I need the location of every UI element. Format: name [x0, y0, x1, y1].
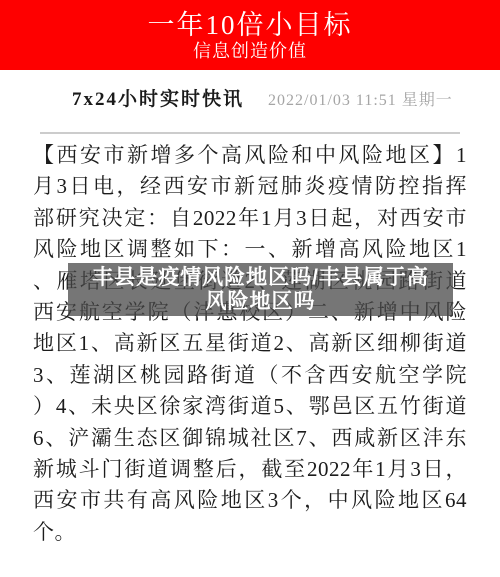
- site-title: 一年10倍小目标: [148, 10, 353, 40]
- article-line: 【西安市新增多个高风险和中风险地区】1: [33, 140, 467, 171]
- masthead-banner: 一年10倍小目标 信息创造价值: [0, 0, 500, 70]
- article-line: ）4、未央区徐家湾街道5、鄂邑区五竹街道: [33, 391, 467, 422]
- article-line: 6、浐灞生态区御锦城社区7、西咸新区沣东: [33, 423, 467, 454]
- overlay-title-line: 风险地区吗: [206, 290, 316, 314]
- site-slogan: 信息创造价值: [193, 40, 307, 62]
- feed-header: 7x24小时实时快讯 2022/01/03 11:51 星期一: [0, 84, 500, 116]
- article-line: 地区1、高新区五星街道2、高新区细柳街道: [33, 328, 467, 359]
- feed-section-title: 7x24小时实时快讯: [72, 84, 244, 111]
- article-line: 3、莲湖区桃园路街道（不含西安航空学院: [33, 360, 467, 391]
- article-line: 个。: [33, 517, 467, 548]
- article-line: 风险地区调整如下：一、新增高风险地区1: [33, 234, 467, 265]
- article-line: 西安市共有高风险地区3个，中风险地区64: [33, 485, 467, 516]
- article-line: 新城斗门街道调整后，截至2022年1月3日，: [33, 454, 467, 485]
- watermark-title-overlay: 丰县是疫情风险地区吗/丰县属于高 风险地区吗: [68, 263, 453, 316]
- news-flash-page: 一年10倍小目标 信息创造价值 7x24小时实时快讯 2022/01/03 11…: [0, 0, 500, 577]
- header-divider: [40, 132, 460, 134]
- article-body: 【西安市新增多个高风险和中风险地区】1 月3日电，经西安市新冠肺炎疫情防控指挥 …: [33, 140, 467, 548]
- article-line: 部研究决定：自2022年1月3日起，对西安市: [33, 203, 467, 234]
- feed-timestamp: 2022/01/03 11:51 星期一: [268, 87, 453, 110]
- article-line: 月3日电，经西安市新冠肺炎疫情防控指挥: [33, 171, 467, 202]
- overlay-title-line: 丰县是疫情风险地区吗/丰县属于高: [92, 266, 429, 290]
